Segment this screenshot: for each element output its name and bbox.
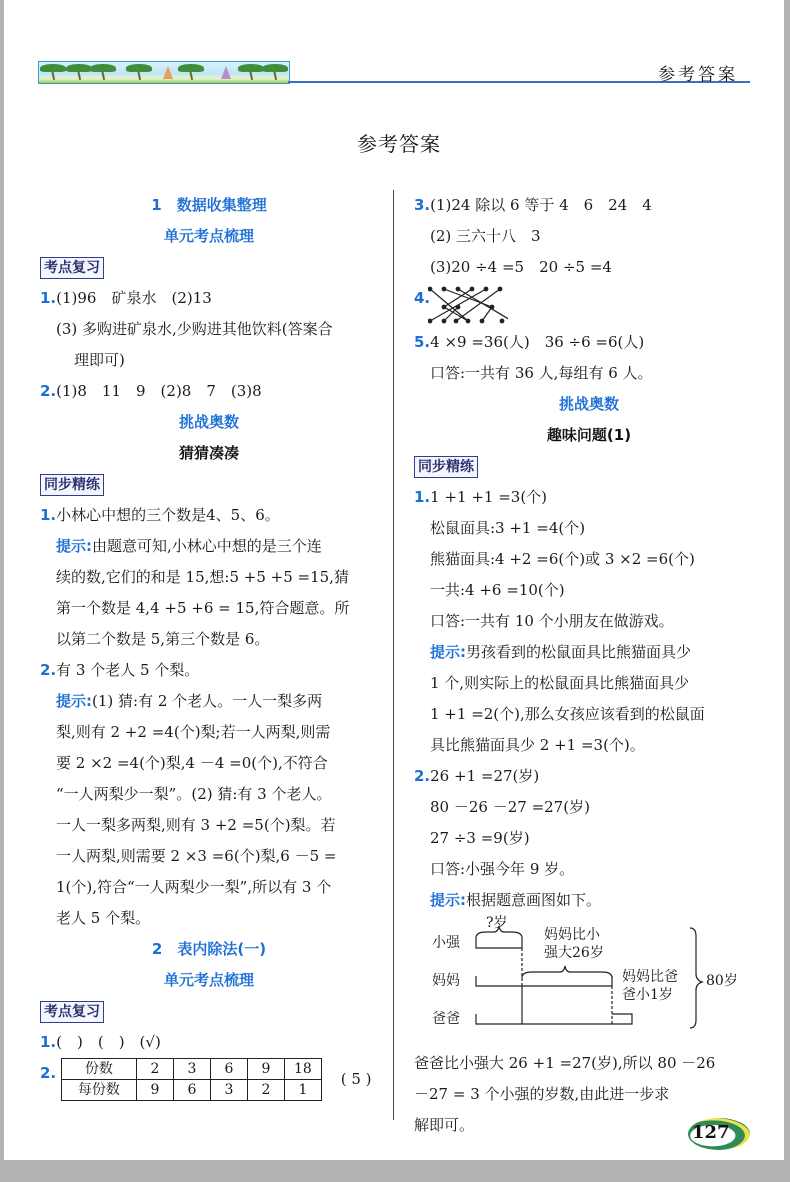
- table-row: 每份数 9 6 3 2 1: [61, 1080, 321, 1101]
- hint-text: 1(个),符合“一人两梨少一梨”,所以有 3 个: [40, 872, 378, 903]
- answer-text: (3)20 ÷4 =5 20 ÷5 =4: [414, 252, 764, 283]
- table-cell: 3: [173, 1059, 210, 1080]
- column-divider: [393, 190, 394, 1120]
- table-cell: 6: [173, 1080, 210, 1101]
- table-cell: 1: [284, 1080, 321, 1101]
- answer-text: (1)24 除以 6 等于 4 6 24 4: [430, 196, 652, 214]
- age-line-diagram: 小强 妈妈 爸爸 ?岁 妈妈比小 强大26岁 妈妈比爸 爸小1岁 80岁: [414, 916, 764, 1048]
- row-header: 份数: [61, 1059, 136, 1080]
- hint-text: 根据题意画图如下。: [466, 891, 601, 909]
- practice-label: 同步精练: [40, 474, 104, 496]
- question-number: 2.: [40, 1064, 56, 1082]
- unit1-subtitle: 单元考点梳理: [40, 221, 378, 252]
- question-number: 2.: [40, 382, 56, 400]
- unit2-subtitle: 单元考点梳理: [40, 965, 378, 996]
- hint-text: 男孩看到的松鼠面具比熊猫面具少: [466, 643, 691, 661]
- hint-text: 1 个,则实际上的松鼠面具比熊猫面具少: [414, 668, 764, 699]
- hint-text: 以第二个数是 5,第三个数是 6。: [40, 624, 378, 655]
- running-title: 参考答案: [658, 60, 738, 85]
- answer-text: 熊猫面具:4 +2 =6(个)或 3 ×2 =6(个): [414, 544, 764, 575]
- bracket-lines-icon: [414, 916, 764, 1046]
- challenge-subtitle: 趣味问题(1): [414, 420, 764, 451]
- challenge-title: 挑战奥数: [40, 407, 378, 438]
- explanation-text: 爸爸比小强大 26 +1 =27(岁),所以 80 －26: [414, 1048, 764, 1079]
- hint-text: 一人两梨,则需要 2 ×3 =6(个)梨,6 －5 =: [40, 841, 378, 872]
- answer-text: 口答:一共有 10 个小朋友在做游戏。: [414, 606, 764, 637]
- answer-text: 1 +1 +1 =3(个): [430, 488, 547, 506]
- hint-text: 由题意可知,小林心中想的是三个连: [92, 537, 322, 555]
- answer-text: 27 ÷3 =9(岁): [414, 823, 764, 854]
- row-header: 每份数: [61, 1080, 136, 1101]
- left-column: 1 数据收集整理 单元考点梳理 考点复习 1.(1)96 矿泉水 (2)13 (…: [40, 190, 378, 1102]
- page-number-badge: 127: [688, 1118, 750, 1150]
- hint-label: 提示:: [56, 537, 92, 555]
- review-label: 考点复习: [40, 257, 104, 279]
- answer-text: 80 －26 －27 =27(岁): [414, 792, 764, 823]
- table-cell: 6: [210, 1059, 247, 1080]
- answer-text: 一共:4 +6 =10(个): [414, 575, 764, 606]
- hint-text: 续的数,它们的和是 15,想:5 +5 +5 =15,猜: [40, 562, 378, 593]
- table-cell: 9: [136, 1080, 173, 1101]
- table-row: 份数 2 3 6 9 18: [61, 1059, 321, 1080]
- review-label: 考点复习: [40, 1001, 104, 1023]
- question-number: 1.: [414, 488, 430, 506]
- hint-text: 第一个数是 4,4 +5 +6 = 15,符合题意。所: [40, 593, 378, 624]
- challenge-title: 挑战奥数: [414, 389, 764, 420]
- hint-text: (1) 猜:有 2 个老人。一人一梨多两: [92, 692, 322, 710]
- question-number: 2.: [40, 661, 56, 679]
- unit2-title: 2 表内除法(一): [40, 934, 378, 965]
- answer-table: 份数 2 3 6 9 18 每份数 9 6 3 2 1: [61, 1058, 322, 1101]
- hint-text: 要 2 ×2 =4(个)梨,4 －4 =0(个),不符合: [40, 748, 378, 779]
- hint-label: 提示:: [430, 643, 466, 661]
- answer-text: 有 3 个老人 5 个梨。: [56, 661, 199, 679]
- question-number: 1.: [40, 289, 56, 307]
- answer-text: 口答:小强今年 9 岁。: [414, 854, 764, 885]
- answer-text: 26 +1 =27(岁): [430, 767, 539, 785]
- page-title: 参考答案: [4, 128, 790, 157]
- answer-text: 小林心中想的三个数是4、5、6。: [56, 506, 280, 524]
- challenge-subtitle: 猜猜凑凑: [40, 438, 378, 469]
- answer-text: (2) 三六十八 3: [414, 221, 764, 252]
- answer-text: 4 ×9 =36(人) 36 ÷6 =6(人): [430, 333, 644, 351]
- question-number: 2.: [414, 767, 430, 785]
- table-cell: 3: [210, 1080, 247, 1101]
- table-extra-answer: ( 5 ): [341, 1070, 372, 1088]
- answer-text: 口答:一共有 36 人,每组有 6 人。: [414, 358, 764, 389]
- table-cell: 18: [284, 1059, 321, 1080]
- unit1-title: 1 数据收集整理: [40, 190, 378, 221]
- question-number: 3.: [414, 196, 430, 214]
- hint-text: 具比熊猫面具少 2 +1 =3(个)。: [414, 730, 764, 761]
- hint-text: “一人两梨少一梨”。(2) 猜:有 3 个老人。: [40, 779, 378, 810]
- table-cell: 2: [247, 1080, 284, 1101]
- hint-text: 1 +1 =2(个),那么女孩应该看到的松鼠面: [414, 699, 764, 730]
- table-cell: 9: [247, 1059, 284, 1080]
- question-number: 5.: [414, 333, 430, 351]
- hint-label: 提示:: [56, 692, 92, 710]
- matching-lines-diagram-icon: [428, 285, 508, 325]
- answer-text: (1)8 11 9 (2)8 7 (3)8: [56, 382, 262, 400]
- page-number: 127: [692, 1122, 730, 1143]
- hint-text: 老人 5 个梨。: [40, 903, 378, 934]
- palm-beach-banner-icon: [38, 61, 290, 84]
- question-number: 1.: [40, 1033, 56, 1051]
- table-cell: 2: [136, 1059, 173, 1080]
- hint-text: 一人一梨多两梨,则有 3 +2 =5(个)梨。若: [40, 810, 378, 841]
- question-number: 1.: [40, 506, 56, 524]
- answer-text: ( ) ( ) (√): [56, 1033, 161, 1051]
- hint-label: 提示:: [430, 891, 466, 909]
- explanation-text: －27 = 3 个小强的岁数,由此进一步求: [414, 1079, 764, 1110]
- answer-text: 理即可): [40, 345, 378, 376]
- answer-text: (3) 多购进矿泉水,少购进其他饮料(答案合: [40, 314, 378, 345]
- answer-text: 松鼠面具:3 +1 =4(个): [414, 513, 764, 544]
- answer-text: (1)96 矿泉水 (2)13: [56, 289, 212, 307]
- page: 参考答案 参考答案 1 数据收集整理 单元考点梳理 考点复习 1.(1)96 矿…: [4, 0, 784, 1160]
- right-column: 3.(1)24 除以 6 等于 4 6 24 4 (2) 三六十八 3 (3)2…: [414, 190, 764, 1141]
- hint-text: 梨,则有 2 +2 =4(个)梨;若一人两梨,则需: [40, 717, 378, 748]
- practice-label: 同步精练: [414, 456, 478, 478]
